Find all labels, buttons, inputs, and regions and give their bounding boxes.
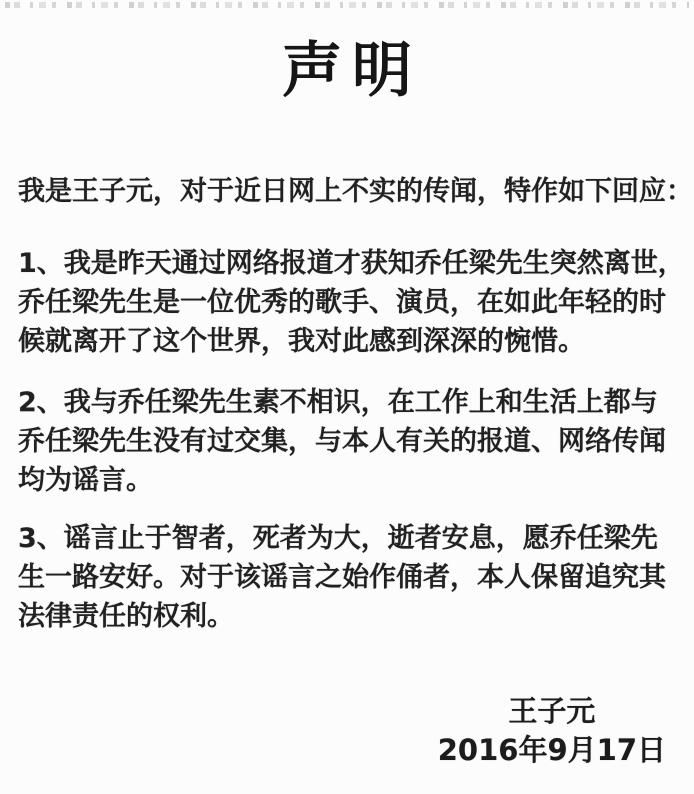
statement-line: 生一路安好。对于该谣言之始作俑者，本人保留追究其 [18,558,688,597]
statement-line: 3、谣言止于智者，死者为大，逝者安息，愿乔任梁先 [18,519,688,558]
signature-date: 2016年9月17日 [438,731,666,770]
statement-line: 乔任梁先生没有过交集，与本人有关的报道、网络传闻 [18,422,688,461]
statement-line: 1、我是昨天通过网络报道才获知乔任梁先生突然离世， [18,244,688,283]
statement-paragraph-2: 2、我与乔任梁先生素不相识，在工作上和生活上都与 乔任梁先生没有过交集，与本人有… [18,383,688,500]
statement-paragraph-3: 3、谣言止于智者，死者为大，逝者安息，愿乔任梁先 生一路安好。对于该谣言之始作俑… [18,519,688,636]
statement-paragraph-1: 1、我是昨天通过网络报道才获知乔任梁先生突然离世， 乔任梁先生是一位优秀的歌手、… [18,244,688,361]
statement-line: 均为谣言。 [18,461,688,500]
statement-intro: 我是王子元，对于近日网上不实的传闻，特作如下回应： [18,172,688,211]
statement-document: 声明 我是王子元，对于近日网上不实的传闻，特作如下回应： 1、我是昨天通过网络报… [0,0,694,794]
signature-name: 王子元 [438,692,666,731]
statement-title: 声明 [0,40,694,103]
statement-line: 法律责任的权利。 [18,597,688,636]
statement-line: 2、我与乔任梁先生素不相识，在工作上和生活上都与 [18,383,688,422]
statement-line: 乔任梁先生是一位优秀的歌手、演员，在如此年轻的时 [18,283,688,322]
statement-line: 候就离开了这个世界，我对此感到深深的惋惜。 [18,322,688,361]
signature-block: 王子元 2016年9月17日 [438,692,666,770]
cropped-text-fragments [5,2,689,8]
